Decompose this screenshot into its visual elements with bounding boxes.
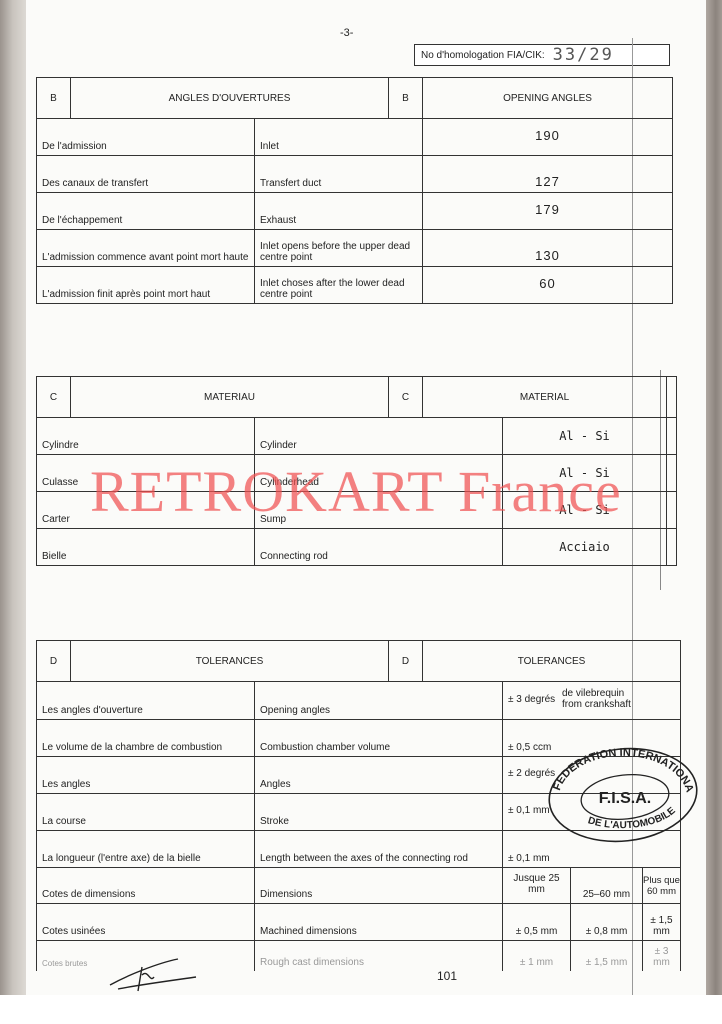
row-label-fr: Culasse (37, 455, 255, 492)
row-label-fr: De l'admission (37, 119, 255, 156)
table-row: Culasse Cylinderhead Al - Si (37, 455, 677, 492)
range-header: Plus que 60 mm (643, 868, 681, 904)
row-label-en: Connecting rod (255, 529, 503, 566)
section-b-letter-fr: B (37, 78, 71, 119)
section-c-title-en: MATERIAL (423, 377, 667, 418)
section-b-table: B ANGLES D'OUVERTURES B OPENING ANGLES D… (36, 77, 673, 304)
tolerance-value: ± 1,5 mm (643, 904, 681, 941)
section-d-title-fr: TOLERANCES (71, 641, 389, 682)
row-value: Al - Si (503, 455, 667, 492)
row-label-en: Angles (255, 757, 503, 794)
note-fr: de vilebrequin (562, 688, 624, 699)
signature (108, 955, 198, 995)
section-c-letter-en: C (389, 377, 423, 418)
row-value: 130 (423, 230, 673, 267)
row-label-en: Transfert duct (255, 156, 423, 193)
empty-cell (667, 418, 677, 455)
table-row: L'admission finit après point mort haut … (37, 267, 673, 304)
row-value: ± 3 degrés de vilebrequin from crankshaf… (503, 682, 681, 720)
row-label-en: Sump (255, 492, 503, 529)
section-b-title-en: OPENING ANGLES (423, 78, 673, 119)
homologation-value: 33/29 (553, 45, 614, 65)
tolerance-note: de vilebrequin from crankshaft (562, 688, 631, 710)
page-number-top: -3- (340, 27, 353, 39)
table-row: L'admission commence avant point mort ha… (37, 230, 673, 267)
fisa-stamp: FEDERATION INTERNATIONALE DE L'AUTOMOBIL… (545, 745, 701, 845)
row-label-en: Combustion chamber volume (255, 720, 503, 757)
row-value: Al - Si (503, 418, 667, 455)
row-value: 179 (423, 193, 673, 230)
row-label-fr: L'admission finit après point mort haut (37, 267, 255, 304)
homologation-label: No d'homologation FIA/CIK: (421, 50, 545, 61)
table-row: Cotes usinées Machined dimensions ± 0,5 … (37, 904, 681, 941)
row-label-en: Dimensions (255, 868, 503, 904)
row-label-en: Rough cast dimensions (255, 941, 503, 971)
row-label-en: Stroke (255, 794, 503, 831)
row-label-fr: La course (37, 794, 255, 831)
tolerance-value: ± 0,8 mm (571, 904, 643, 941)
row-value: 127 (423, 156, 673, 193)
table-row: Les angles d'ouverture Opening angles ± … (37, 682, 681, 720)
tolerance-value: ± 0,5 mm (503, 904, 571, 941)
table-row: De l'échappement Exhaust 179 (37, 193, 673, 230)
empty-cell (667, 492, 677, 529)
row-label-fr: Cylindre (37, 418, 255, 455)
tolerance-value: ± 1,5 mm (571, 941, 643, 971)
section-c-title-fr: MATERIAU (71, 377, 389, 418)
table-row: Cotes de dimensions Dimensions Jusque 25… (37, 868, 681, 904)
row-label-fr: De l'échappement (37, 193, 255, 230)
page-number-bottom: 101 (437, 969, 457, 983)
row-label-fr: Bielle (37, 529, 255, 566)
svg-text:FEDERATION INTERNATIONALE: FEDERATION INTERNATIONALE (545, 745, 696, 794)
row-label-fr: Carter (37, 492, 255, 529)
row-label-fr: Les angles d'ouverture (37, 682, 255, 720)
row-label-en: Cylinderhead (255, 455, 503, 492)
section-d-letter-en: D (389, 641, 423, 682)
row-label-fr: Des canaux de transfert (37, 156, 255, 193)
table-row: Des canaux de transfert Transfert duct 1… (37, 156, 673, 193)
section-d-title-en: TOLERANCES (423, 641, 681, 682)
empty-cell (667, 455, 677, 492)
row-label-fr: Cotes usinées (37, 904, 255, 941)
table-row: Cylindre Cylinder Al - Si (37, 418, 677, 455)
empty-cell (667, 529, 677, 566)
row-label-en: Length between the axes of the connectin… (255, 831, 503, 868)
scan-bottom-margin (0, 995, 722, 1024)
row-label-fr: Cotes de dimensions (37, 868, 255, 904)
section-b-title-fr: ANGLES D'OUVERTURES (71, 78, 389, 119)
range-header: Jusque 25 mm (503, 868, 571, 904)
note-en: from crankshaft (562, 699, 631, 710)
row-label-en: Inlet choses after the lower dead centre… (255, 267, 423, 304)
tolerance-value: ± 1 mm (503, 941, 571, 971)
svg-text:F.I.S.A.: F.I.S.A. (599, 790, 651, 807)
row-label-en: Cylinder (255, 418, 503, 455)
row-label-fr: Le volume de la chambre de combustion (37, 720, 255, 757)
row-label-fr: La longueur (l'entre axe) de la bielle (37, 831, 255, 868)
row-label-fr: L'admission commence avant point mort ha… (37, 230, 255, 267)
table-row: De l'admission Inlet 190 (37, 119, 673, 156)
range-header: 25–60 mm (571, 868, 643, 904)
tolerance-value: ± 3 mm (643, 941, 681, 971)
row-value: 190 (423, 119, 673, 156)
row-label-en: Inlet (255, 119, 423, 156)
section-c-letter-fr: C (37, 377, 71, 418)
row-value: Acciaio (503, 529, 667, 566)
row-label-en: Inlet opens before the upper dead centre… (255, 230, 423, 267)
table-row: Bielle Connecting rod Acciaio (37, 529, 677, 566)
tolerance-value: ± 3 degrés (508, 694, 555, 705)
row-value: Al - Si (503, 492, 667, 529)
row-label-en: Exhaust (255, 193, 423, 230)
row-label-fr: Les angles (37, 757, 255, 794)
table-row: Carter Sump Al - Si (37, 492, 677, 529)
empty-cell (667, 377, 677, 418)
row-value: 60 (423, 267, 673, 304)
row-label-en: Machined dimensions (255, 904, 503, 941)
section-d-letter-fr: D (37, 641, 71, 682)
row-label-en: Opening angles (255, 682, 503, 720)
scan-edge-right (706, 0, 722, 1000)
section-b-letter-en: B (389, 78, 423, 119)
section-c-table: C MATERIAU C MATERIAL Cylindre Cylinder … (36, 376, 677, 566)
